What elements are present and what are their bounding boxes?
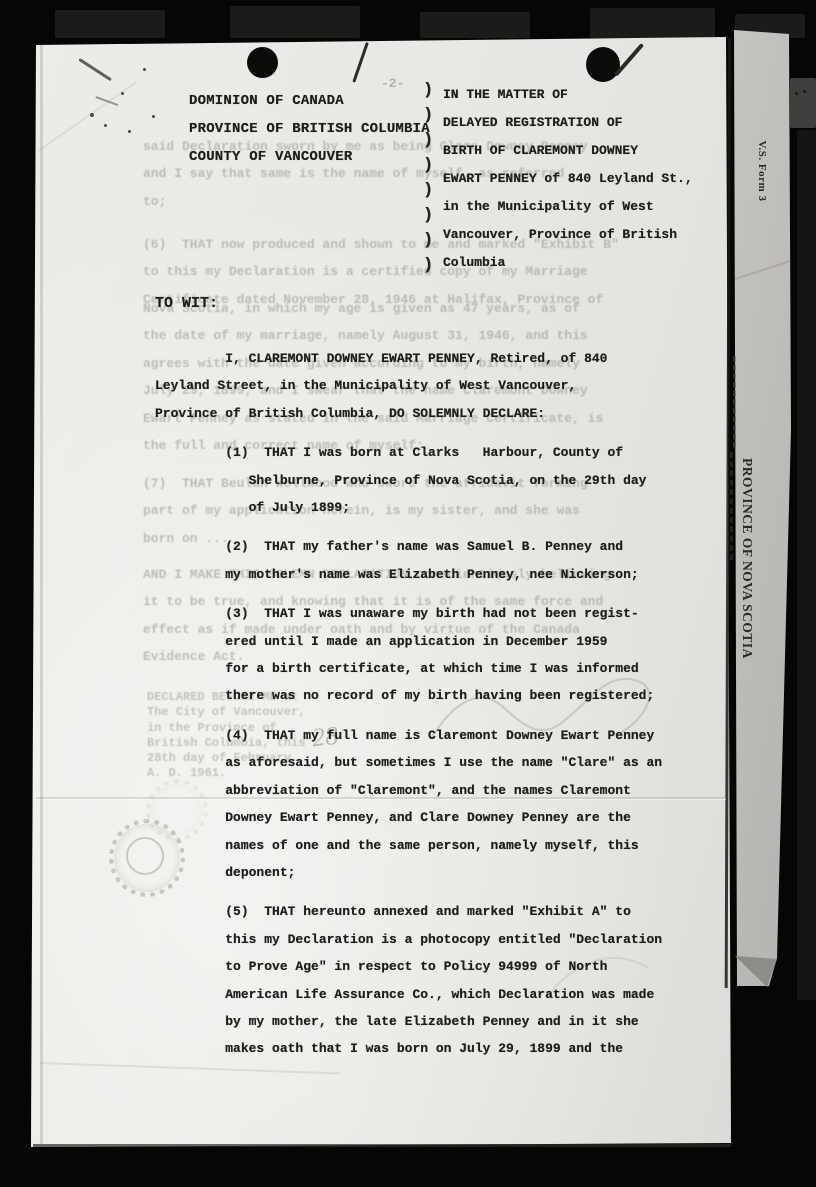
declaration-body: I, CLAREMONT DOWNEY EWART PENNEY, Retire… (155, 345, 662, 1075)
header-line: EWART PENNEY of 840 Leyland St., (443, 165, 693, 193)
header-line: in the Municipality of West (443, 193, 693, 221)
pencil-dot (104, 124, 107, 127)
bracket-glyph: ) (423, 153, 433, 178)
header-line: Columbia (443, 249, 693, 277)
body-line: Shelburne, Province of Nova Scotia, on t… (155, 467, 662, 494)
header-line: BIRTH OF CLAREMONT DOWNEY (443, 137, 693, 165)
to-wit-label: TO WIT: (155, 290, 218, 317)
bracket-glyph: ) (423, 103, 433, 128)
pencil-dot (128, 130, 131, 133)
header-line: PROVINCE OF BRITISH COLUMBIA (189, 115, 430, 143)
scanned-document-page: V.S. Form 3 PROVINCE OF NOVA SCOTIA -2- … (0, 0, 816, 1187)
body-line: of July 1899; (155, 494, 662, 521)
body-line: Downey Ewart Penney, and Clare Downey Pe… (155, 804, 662, 831)
declaration-paragraph: I, CLAREMONT DOWNEY EWART PENNEY, Retire… (155, 345, 662, 427)
body-line: names of one and the same person, namely… (155, 832, 662, 859)
body-line: Province of British Columbia, DO SOLEMNL… (155, 400, 662, 427)
pencil-dot (143, 68, 146, 71)
item-1-paragraph: (1) THAT I was born at Clarks Harbour, C… (155, 439, 662, 521)
bracket-glyph: ) (423, 203, 433, 228)
body-line: to Prove Age" in respect to Policy 94999… (155, 953, 662, 980)
body-line: there was no record of my birth having b… (155, 682, 662, 709)
body-line: (4) THAT my full name is Claremont Downe… (155, 722, 662, 749)
punch-hole-right (586, 47, 620, 82)
punch-hole-left (247, 47, 278, 78)
body-line: Leyland Street, in the Municipality of W… (155, 372, 662, 399)
body-line: for a birth certificate, at which time I… (155, 655, 662, 682)
item-5-paragraph: (5) THAT hereunto annexed and marked "Ex… (155, 898, 662, 1062)
item-3-paragraph: (3) THAT I was unaware my birth had not … (155, 600, 662, 710)
body-line: (5) THAT hereunto annexed and marked "Ex… (155, 898, 662, 925)
pencil-dot (90, 113, 94, 117)
header-line: DELAYED REGISTRATION OF (443, 109, 693, 137)
body-line: makes oath that I was born on July 29, 1… (155, 1035, 662, 1062)
body-line: (1) THAT I was born at Clarks Harbour, C… (155, 439, 662, 466)
body-line: my mother's name was Elizabeth Penney, n… (155, 561, 662, 588)
bracket-glyph: ) (423, 78, 433, 103)
header-line: DOMINION OF CANADA (189, 87, 430, 115)
item-4-paragraph: (4) THAT my full name is Claremont Downe… (155, 722, 662, 886)
header-line: IN THE MATTER OF (443, 81, 693, 109)
header-line: COUNTY OF VANCOUVER (189, 143, 430, 171)
item-2-paragraph: (2) THAT my father's name was Samuel B. … (155, 533, 662, 588)
header-line: Vancouver, Province of British (443, 221, 693, 249)
body-line: abbreviation of "Claremont", and the nam… (155, 777, 662, 804)
body-line: (2) THAT my father's name was Samuel B. … (155, 533, 662, 560)
body-line: ered until I made an application in Dece… (155, 628, 662, 655)
header-left-column: DOMINION OF CANADAPROVINCE OF BRITISH CO… (189, 87, 430, 171)
bracket-glyph: ) (423, 128, 433, 153)
body-line: deponent; (155, 859, 662, 886)
body-line: I, CLAREMONT DOWNEY EWART PENNEY, Retire… (155, 345, 662, 372)
body-line: as aforesaid, but sometimes I use the na… (155, 749, 662, 776)
body-line: American Life Assurance Co., which Decla… (155, 981, 662, 1008)
header-right-column: IN THE MATTER OFDELAYED REGISTRATION OFB… (443, 81, 693, 277)
body-line: this my Declaration is a photocopy entit… (155, 926, 662, 953)
pencil-dot (152, 115, 155, 118)
bracket-glyph: ) (423, 253, 433, 278)
header-bracket-column: )))))))) (423, 78, 433, 278)
bracket-glyph: ) (423, 178, 433, 203)
body-line: by my mother, the late Elizabeth Penney … (155, 1008, 662, 1035)
body-line: (3) THAT I was unaware my birth had not … (155, 600, 662, 627)
pencil-dot (121, 92, 124, 95)
bracket-glyph: ) (423, 228, 433, 253)
